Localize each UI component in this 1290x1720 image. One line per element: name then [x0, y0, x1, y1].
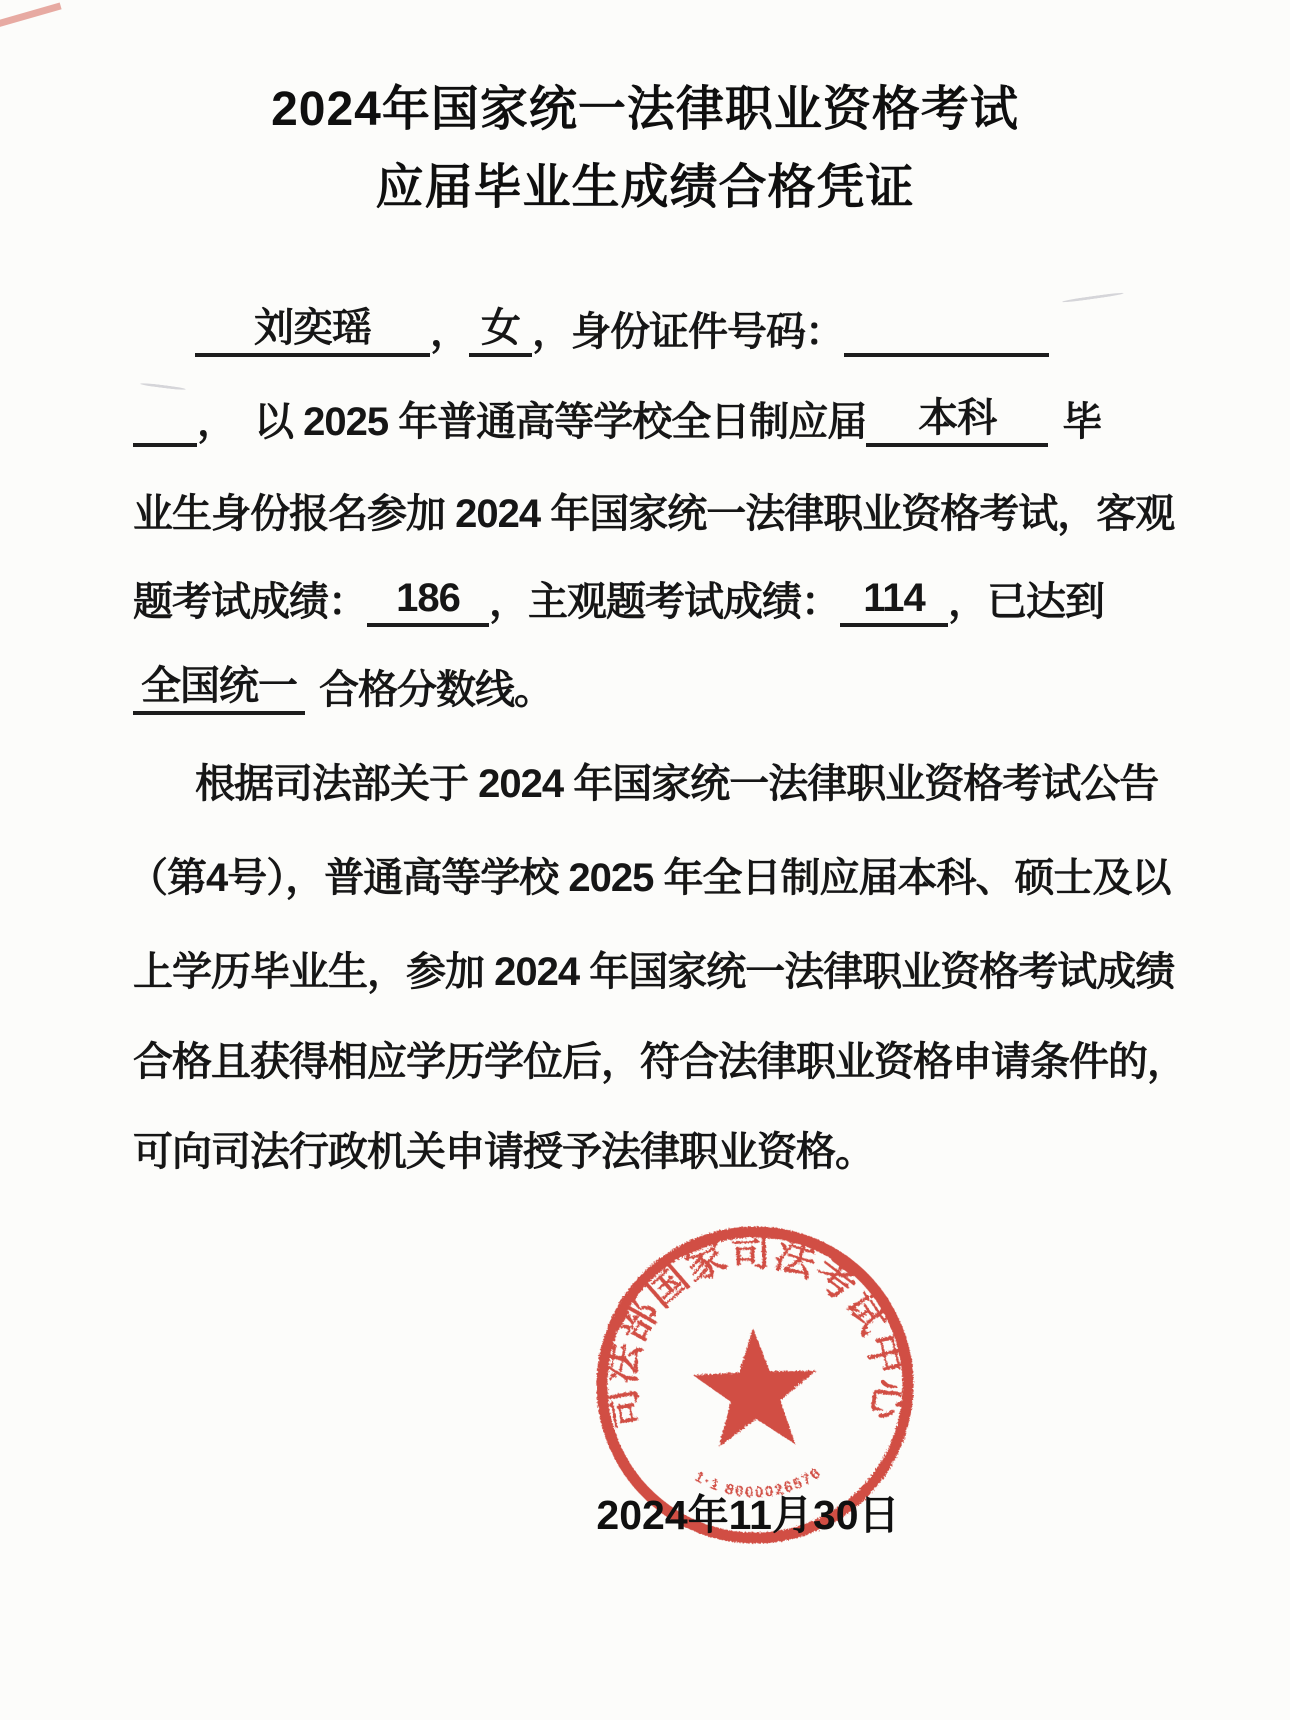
- passing-line-tail: 合格分数线。: [319, 668, 553, 712]
- paragraph1-line5: 全国统一合格分数线。: [133, 658, 1163, 715]
- objective-score-blank: 186: [367, 576, 489, 627]
- seal-star-icon: [691, 1326, 819, 1448]
- paragraph2-line4: 合格且获得相应学历学位后，符合法律职业资格申请条件的，: [133, 1030, 1163, 1087]
- subjective-score-label: ，主观题考试成绩：: [489, 580, 840, 624]
- comma: ，: [430, 310, 469, 354]
- comma: ，: [197, 400, 236, 444]
- comma: ，: [532, 310, 571, 354]
- name-blank: 刘奕瑶: [195, 306, 430, 357]
- paragraph2-line3: 上学历毕业生，参加 2024 年国家统一法律职业资格考试成绩: [133, 940, 1163, 997]
- id-number-label: 身份证件号码：: [571, 310, 844, 354]
- objective-score-label: 题考试成绩：: [133, 580, 367, 624]
- paragraph2-line2: （第4号），普通高等学校 2025 年全日制应届本科、硕士及以: [128, 846, 1158, 903]
- certificate-title-line1: 2024年国家统一法律职业资格考试: [0, 70, 1290, 139]
- enrollment-text: 以 2025 年普通高等学校全日制应届: [254, 400, 866, 444]
- id-number-continuation-blank-redacted: [133, 440, 197, 447]
- issue-date: 2024年11月30日: [578, 1482, 918, 1541]
- paragraph2-line1: 根据司法部关于 2024 年国家统一法律职业资格考试公告: [133, 752, 1163, 809]
- announcement-text: 根据司法部关于 2024 年国家统一法律职业资格考试公告: [195, 762, 1158, 806]
- gender-field: 女: [469, 306, 532, 357]
- subjective-score-blank: 114: [840, 576, 948, 627]
- line2-tail: 毕: [1062, 400, 1101, 444]
- paragraph1-line3: 业生身份报名参加 2024 年国家统一法律职业资格考试，客观: [133, 482, 1163, 539]
- paragraph1-line2: ，以 2025 年普通高等学校全日制应届本科毕: [133, 390, 1163, 447]
- paragraph1-line1: 刘奕瑶，女，身份证件号码：: [133, 300, 1163, 357]
- line4-tail: ，已达到: [948, 580, 1104, 624]
- scan-artifact-red-mark: [0, 2, 62, 28]
- id-number-blank-redacted: [844, 350, 1049, 357]
- degree-blank: 本科: [866, 396, 1048, 447]
- paragraph1-line4: 题考试成绩：186，主观题考试成绩：114，已达到: [133, 570, 1163, 627]
- certificate-title-line2: 应届毕业生成绩合格凭证: [0, 148, 1290, 217]
- paragraph2-line5: 可向司法行政机关申请授予法律职业资格。: [133, 1120, 1163, 1177]
- passing-line-scope: 全国统一: [133, 664, 305, 715]
- certificate-page: 2024年国家统一法律职业资格考试 应届毕业生成绩合格凭证 刘奕瑶，女，身份证件…: [0, 0, 1290, 1720]
